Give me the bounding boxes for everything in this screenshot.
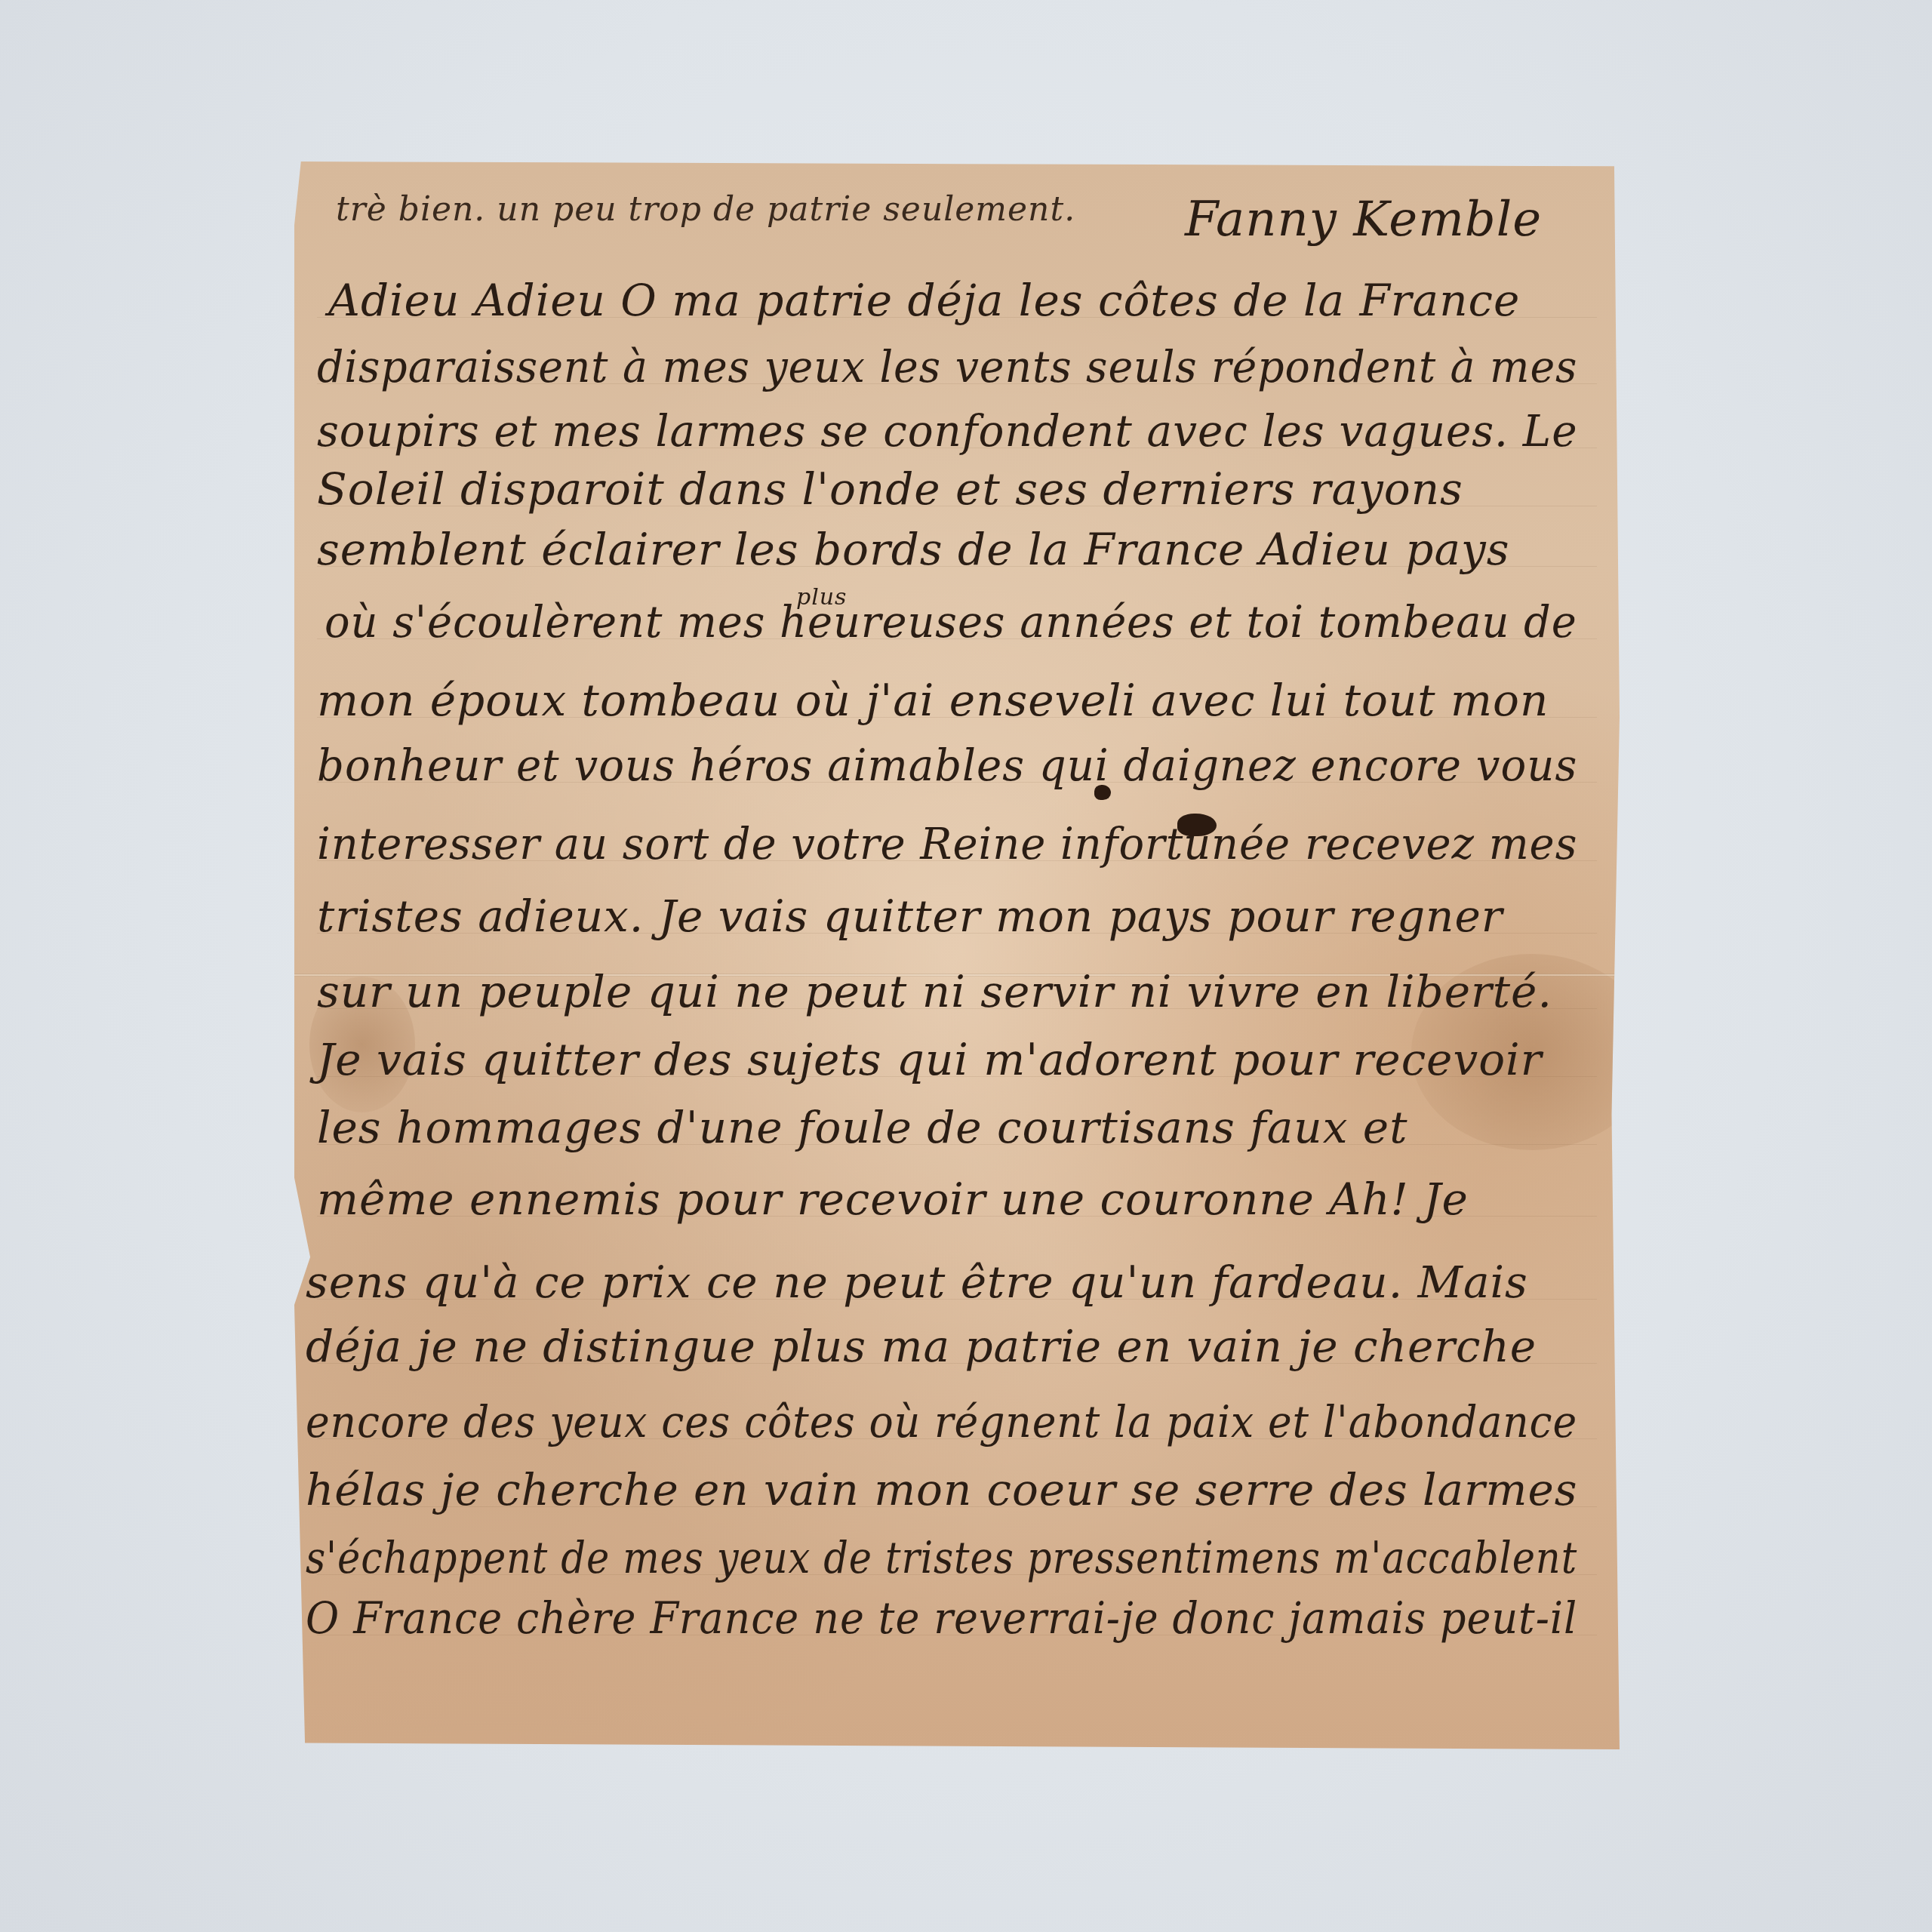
letter-line-15: sens qu'à ce prix ce ne peut être qu'un …: [306, 1257, 1528, 1308]
letter-line-18: hélas je cherche en vain mon coeur se se…: [306, 1464, 1577, 1515]
letter-line-1: Adieu Adieu O ma patrie déja les côtes d…: [328, 275, 1520, 326]
letter-line-5: semblent éclairer les bords de la France…: [317, 524, 1510, 575]
letter-line-8: bonheur et vous héros aimables qui daign…: [317, 740, 1577, 791]
ink-blot: [1094, 785, 1111, 800]
letter-page: trè bien. un peu trop de patrie seulemen…: [294, 162, 1620, 1749]
letter-line-14: même ennemis pour recevoir une couronne …: [317, 1174, 1469, 1225]
letter-line-20: O France chère France ne te reverrai-je …: [306, 1592, 1577, 1644]
letter-line-17: encore des yeux ces côtes où régnent la …: [306, 1396, 1577, 1447]
letter-line-4: Soleil disparoit dans l'onde et ses dern…: [317, 463, 1463, 515]
letter-line-9: interesser au sort de votre Reine infort…: [317, 818, 1577, 869]
signature: Fanny Kemble: [1185, 192, 1542, 248]
letter-line-6: où s'écoulèrent mes heureuses années et …: [325, 596, 1577, 648]
letter-line-2: disparaissent à mes yeux les vents seuls…: [317, 341, 1577, 392]
header-note: trè bien. un peu trop de patrie seulemen…: [336, 190, 1075, 229]
letter-line-11: sur un peuple qui ne peut ni servir ni v…: [317, 966, 1552, 1017]
ink-blot: [1177, 814, 1217, 836]
letter-line-12: Je vais quitter des sujets qui m'adorent…: [317, 1034, 1542, 1085]
letter-line-16: déja je ne distingue plus ma patrie en v…: [306, 1321, 1537, 1372]
letter-line-7: mon époux tombeau où j'ai enseveli avec …: [317, 675, 1549, 726]
letter-line-3: soupirs et mes larmes se confondent avec…: [317, 405, 1577, 457]
letter-line-13: les hommages d'une foule de courtisans f…: [317, 1102, 1407, 1153]
letter-line-19: s'échappent de mes yeux de tristes press…: [306, 1532, 1577, 1583]
letter-line-10: tristes adieux. Je vais quitter mon pays…: [317, 891, 1503, 942]
